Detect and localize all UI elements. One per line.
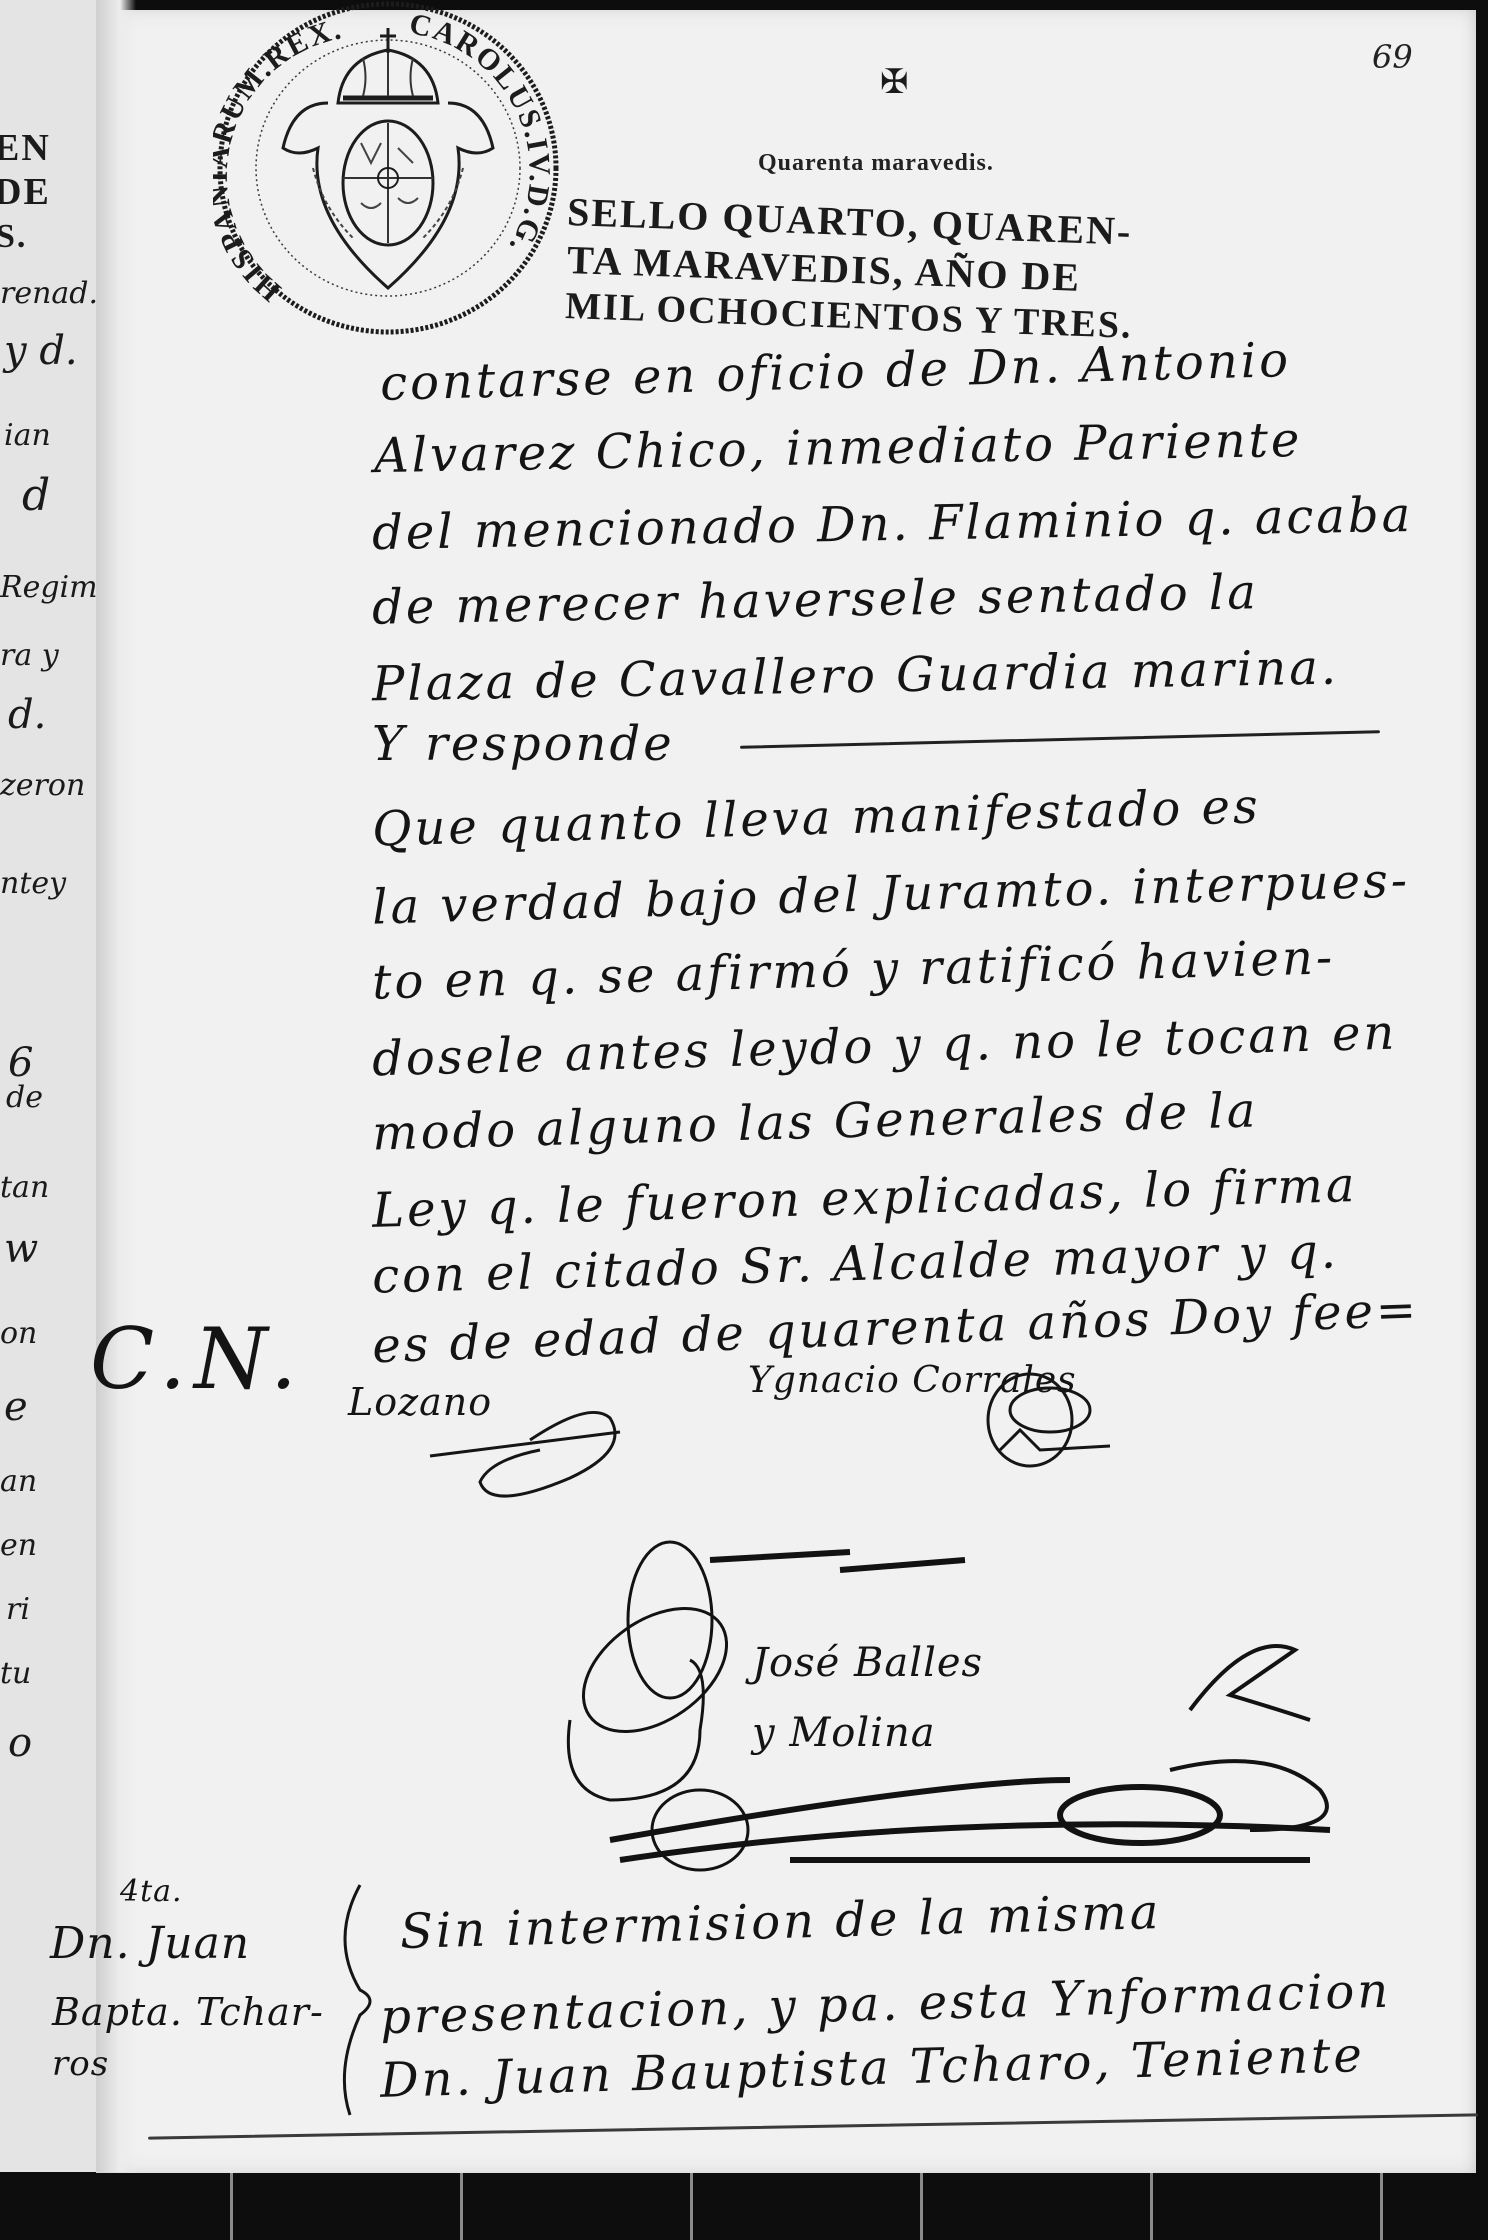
prev-margin-word: y d. — [4, 328, 78, 374]
prev-margin-word: renad. — [0, 276, 98, 311]
prev-margin-word: an — [0, 1464, 37, 1499]
royal-seal-icon: HISPANIARUM.REX. CAROLUS.IV.D.G. — [213, 0, 563, 338]
prev-margin-word: tan — [0, 1170, 49, 1205]
body-line: Y responde — [372, 716, 675, 772]
svg-text:CAROLUS.IV.D.G.: CAROLUS.IV.D.G. — [407, 7, 557, 261]
prev-margin-word: ntey — [0, 866, 66, 901]
prev-margin-word: d. — [8, 692, 46, 738]
signature-y-molina: y Molina — [752, 1710, 936, 1756]
prev-margin-word: en — [0, 1528, 37, 1563]
previous-page-edge: EN DE S. renad. y d. ian d Regim- ra y d… — [0, 0, 98, 2172]
prev-stamp-line: DE — [0, 170, 51, 214]
margin-note-line: Dn. Juan — [50, 1918, 250, 1969]
signature-rubric-lozano — [420, 1400, 640, 1510]
prev-margin-word: ri — [6, 1592, 30, 1627]
margin-note-line: ros — [52, 2044, 109, 2084]
signature-rubric-corrales — [960, 1370, 1160, 1480]
prev-margin-word: on — [0, 1316, 37, 1351]
prev-margin-word: ian — [4, 418, 51, 453]
folio-number: 69 — [1372, 38, 1413, 76]
prev-margin-word: de — [6, 1080, 43, 1115]
svg-text:HISPANIARUM.REX.: HISPANIARUM.REX. — [213, 12, 345, 308]
prev-margin-word: o — [8, 1720, 32, 1766]
stamp-cross-icon: ✠ — [880, 62, 909, 102]
prev-stamp-line: EN — [0, 126, 51, 170]
prev-margin-word: Regim- — [0, 570, 108, 605]
prev-margin-word: w — [4, 1226, 38, 1272]
initials-signature: C.N. — [90, 1310, 305, 1408]
prev-stamp-line: S. — [0, 218, 27, 256]
prev-margin-word: zeron — [0, 768, 85, 803]
stamp-price-line: Quarenta maravedis. — [758, 150, 994, 177]
prev-margin-word: ra y — [0, 638, 59, 673]
signature-jose-balles: José Balles — [752, 1640, 983, 1686]
prev-margin-word: e — [4, 1384, 28, 1430]
seal-legend-left: HISPANIARUM.REX. — [213, 12, 345, 308]
prev-margin-word: tu — [0, 1656, 31, 1691]
seal-legend-right: CAROLUS.IV.D.G. — [407, 7, 557, 261]
prev-margin-word: d — [22, 470, 50, 521]
margin-note-line: Bapta. Tchar- — [52, 1990, 324, 2034]
margin-note-line: 4ta. — [120, 1874, 183, 1909]
signature-rubric-balles — [550, 1530, 1370, 1890]
page-binding-shadow — [96, 0, 136, 2172]
